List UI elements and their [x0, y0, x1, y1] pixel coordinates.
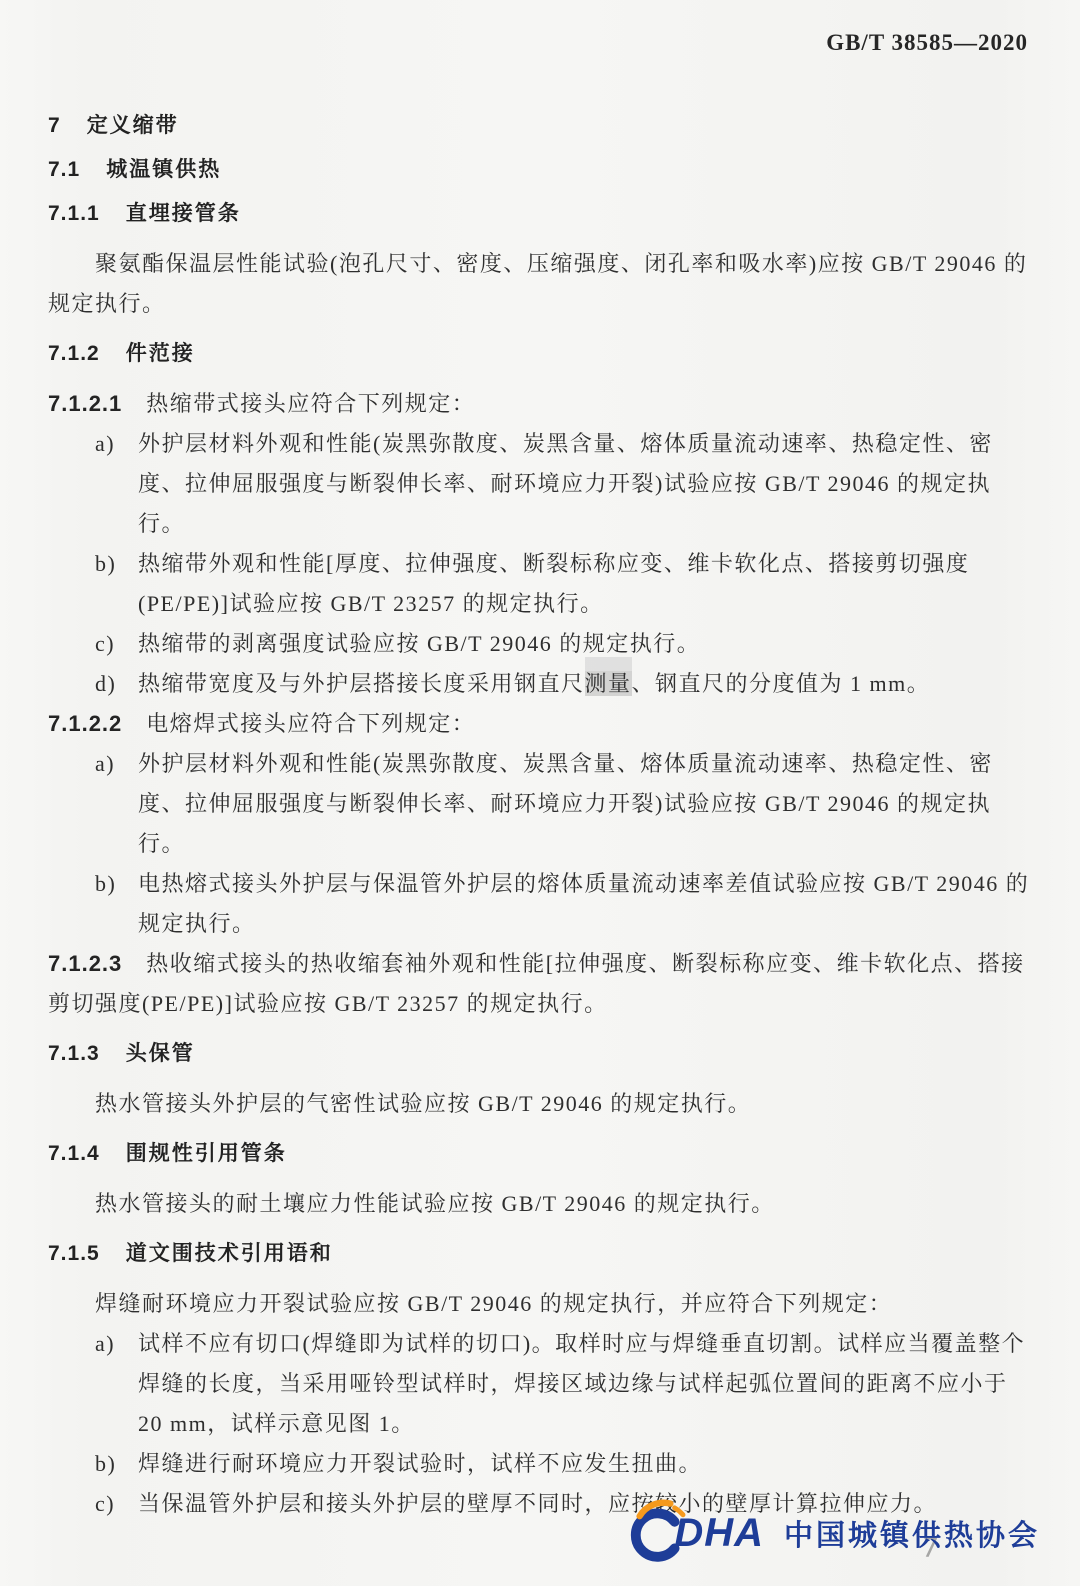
list-item-text: 热缩带宽度及与外护层搭接长度采用钢直尺测量、钢直尺的分度值为 1 mm。 — [138, 664, 1032, 704]
section-number: 7.1.4 — [48, 1140, 100, 1168]
paragraph-7-1-1: 聚氨酯保温层性能试验(泡孔尺寸、密度、压缩强度、闭孔率和吸水率)应按 GB/T … — [48, 244, 1032, 324]
paragraph-7-1-4: 热水管接头的耐土壤应力性能试验应按 GB/T 29046 的规定执行。 — [48, 1184, 1032, 1224]
section-title: 直埋接管条 — [126, 200, 241, 228]
list-item-text: 电热熔式接头外护层与保温管外护层的熔体质量流动速率差值试验应按 GB/T 290… — [138, 864, 1032, 944]
clause-number: 7.1.2.2 — [48, 711, 122, 736]
section-number: 7.1 — [48, 156, 80, 184]
scan-smudge-highlight: 测量 — [585, 671, 632, 696]
logo-association-name: 中国城镇供热协会 — [784, 1513, 1040, 1554]
list-item-b: b) 电热熔式接头外护层与保温管外护层的熔体质量流动速率差值试验应按 GB/T … — [48, 864, 1032, 944]
section-heading-7-1-4: 7.1.4 围规性引用管条 — [48, 1140, 1032, 1168]
clause-text: 电熔焊式接头应符合下列规定： — [146, 711, 475, 736]
section-title: 件范接 — [126, 340, 195, 368]
list-item-a: a) 外护层材料外观和性能(炭黑弥散度、炭黑含量、熔体质量流动速率、热稳定性、密… — [48, 744, 1032, 864]
list-item-text: 外护层材料外观和性能(炭黑弥散度、炭黑含量、熔体质量流动速率、热稳定性、密度、拉… — [138, 424, 1032, 544]
list-item-text-post: 、钢直尺的分度值为 1 mm。 — [632, 671, 931, 696]
section-number: 7 — [48, 112, 61, 140]
list-item-text: 试样不应有切口(焊缝即为试样的切口)。取样时应与焊缝垂直切割。试样应当覆盖整个焊… — [138, 1324, 1032, 1444]
section-title: 围规性引用管条 — [126, 1140, 287, 1168]
list-item-b: b) 热缩带外观和性能[厚度、拉伸强度、断裂标称应变、维卡软化点、搭接剪切强度(… — [48, 544, 1032, 624]
list-marker: a) — [95, 744, 138, 864]
section-number: 7.1.3 — [48, 1040, 100, 1068]
section-title: 头保管 — [126, 1040, 195, 1068]
list-item-text: 焊缝进行耐环境应力开裂试验时，试样不应发生扭曲。 — [138, 1444, 1032, 1484]
section-heading-7-1-5: 7.1.5 道文围技术引用语和 — [48, 1240, 1032, 1268]
section-heading-7-1-3: 7.1.3 头保管 — [48, 1040, 1032, 1068]
clause-number: 7.1.2.1 — [48, 391, 122, 416]
list-item-b: b) 焊缝进行耐环境应力开裂试验时，试样不应发生扭曲。 — [48, 1444, 1032, 1484]
list-item-d: d) 热缩带宽度及与外护层搭接长度采用钢直尺测量、钢直尺的分度值为 1 mm。 — [48, 664, 1032, 704]
list-item-text: 热缩带的剥离强度试验应按 GB/T 29046 的规定执行。 — [138, 624, 1032, 664]
section-number: 7.1.5 — [48, 1240, 100, 1268]
list-item-text-pre: 热缩带宽度及与外护层搭接长度采用钢直尺 — [138, 671, 585, 696]
cdha-logo: DHA 中国城镇供热协会 — [620, 1498, 1040, 1568]
section-title: 城温镇供热 — [106, 156, 221, 184]
list-marker: b) — [95, 864, 138, 944]
clause-text: 热收缩式接头的热收缩套袖外观和性能[拉伸强度、断裂标称应变、维卡软化点、搭接剪切… — [48, 951, 1025, 1016]
list-marker: a) — [95, 424, 138, 544]
clause-7-1-2-1: 7.1.2.1热缩带式接头应符合下列规定： — [48, 384, 1032, 424]
list-item-text: 热缩带外观和性能[厚度、拉伸强度、断裂标称应变、维卡软化点、搭接剪切强度(PE/… — [138, 544, 1032, 624]
list-marker: b) — [95, 1444, 138, 1484]
paragraph-7-1-3: 热水管接头外护层的气密性试验应按 GB/T 29046 的规定执行。 — [48, 1084, 1032, 1124]
section-heading-7-1-1: 7.1.1 直埋接管条 — [48, 200, 1032, 228]
doc-number: GB/T 38585—2020 — [826, 30, 1028, 56]
page-content: 7 定义缩带 7.1 城温镇供热 7.1.1 直埋接管条 聚氨酯保温层性能试验(… — [48, 112, 1032, 1524]
clause-text: 热缩带式接头应符合下列规定： — [146, 391, 475, 416]
list-item-c: c) 热缩带的剥离强度试验应按 GB/T 29046 的规定执行。 — [48, 624, 1032, 664]
document-page: GB/T 38585—2020 7 定义缩带 7.1 城温镇供热 7.1.1 直… — [0, 0, 1080, 1586]
section-number: 7.1.2 — [48, 340, 100, 368]
paragraph-7-1-5: 焊缝耐环境应力开裂试验应按 GB/T 29046 的规定执行，并应符合下列规定： — [48, 1284, 1032, 1324]
clause-number: 7.1.2.3 — [48, 951, 122, 976]
list-marker: a) — [95, 1324, 138, 1444]
list-item-a: a) 外护层材料外观和性能(炭黑弥散度、炭黑含量、熔体质量流动速率、热稳定性、密… — [48, 424, 1032, 544]
list-item-text: 外护层材料外观和性能(炭黑弥散度、炭黑含量、熔体质量流动速率、热稳定性、密度、拉… — [138, 744, 1032, 864]
section-heading-7-1: 7.1 城温镇供热 — [48, 156, 1032, 184]
logo-dha-text: DHA — [674, 1511, 764, 1556]
list-marker: b) — [95, 544, 138, 624]
section-title: 道文围技术引用语和 — [126, 1240, 333, 1268]
list-item-a: a) 试样不应有切口(焊缝即为试样的切口)。取样时应与焊缝垂直切割。试样应当覆盖… — [48, 1324, 1032, 1444]
list-marker: d) — [95, 664, 138, 704]
section-heading-7-1-2: 7.1.2 件范接 — [48, 340, 1032, 368]
section-title: 定义缩带 — [87, 112, 179, 140]
section-number: 7.1.1 — [48, 200, 100, 228]
clause-7-1-2-2: 7.1.2.2电熔焊式接头应符合下列规定： — [48, 704, 1032, 744]
list-marker: c) — [95, 1484, 138, 1524]
clause-7-1-2-3: 7.1.2.3热收缩式接头的热收缩套袖外观和性能[拉伸强度、断裂标称应变、维卡软… — [48, 944, 1032, 1024]
section-heading-7: 7 定义缩带 — [48, 112, 1032, 140]
list-marker: c) — [95, 624, 138, 664]
